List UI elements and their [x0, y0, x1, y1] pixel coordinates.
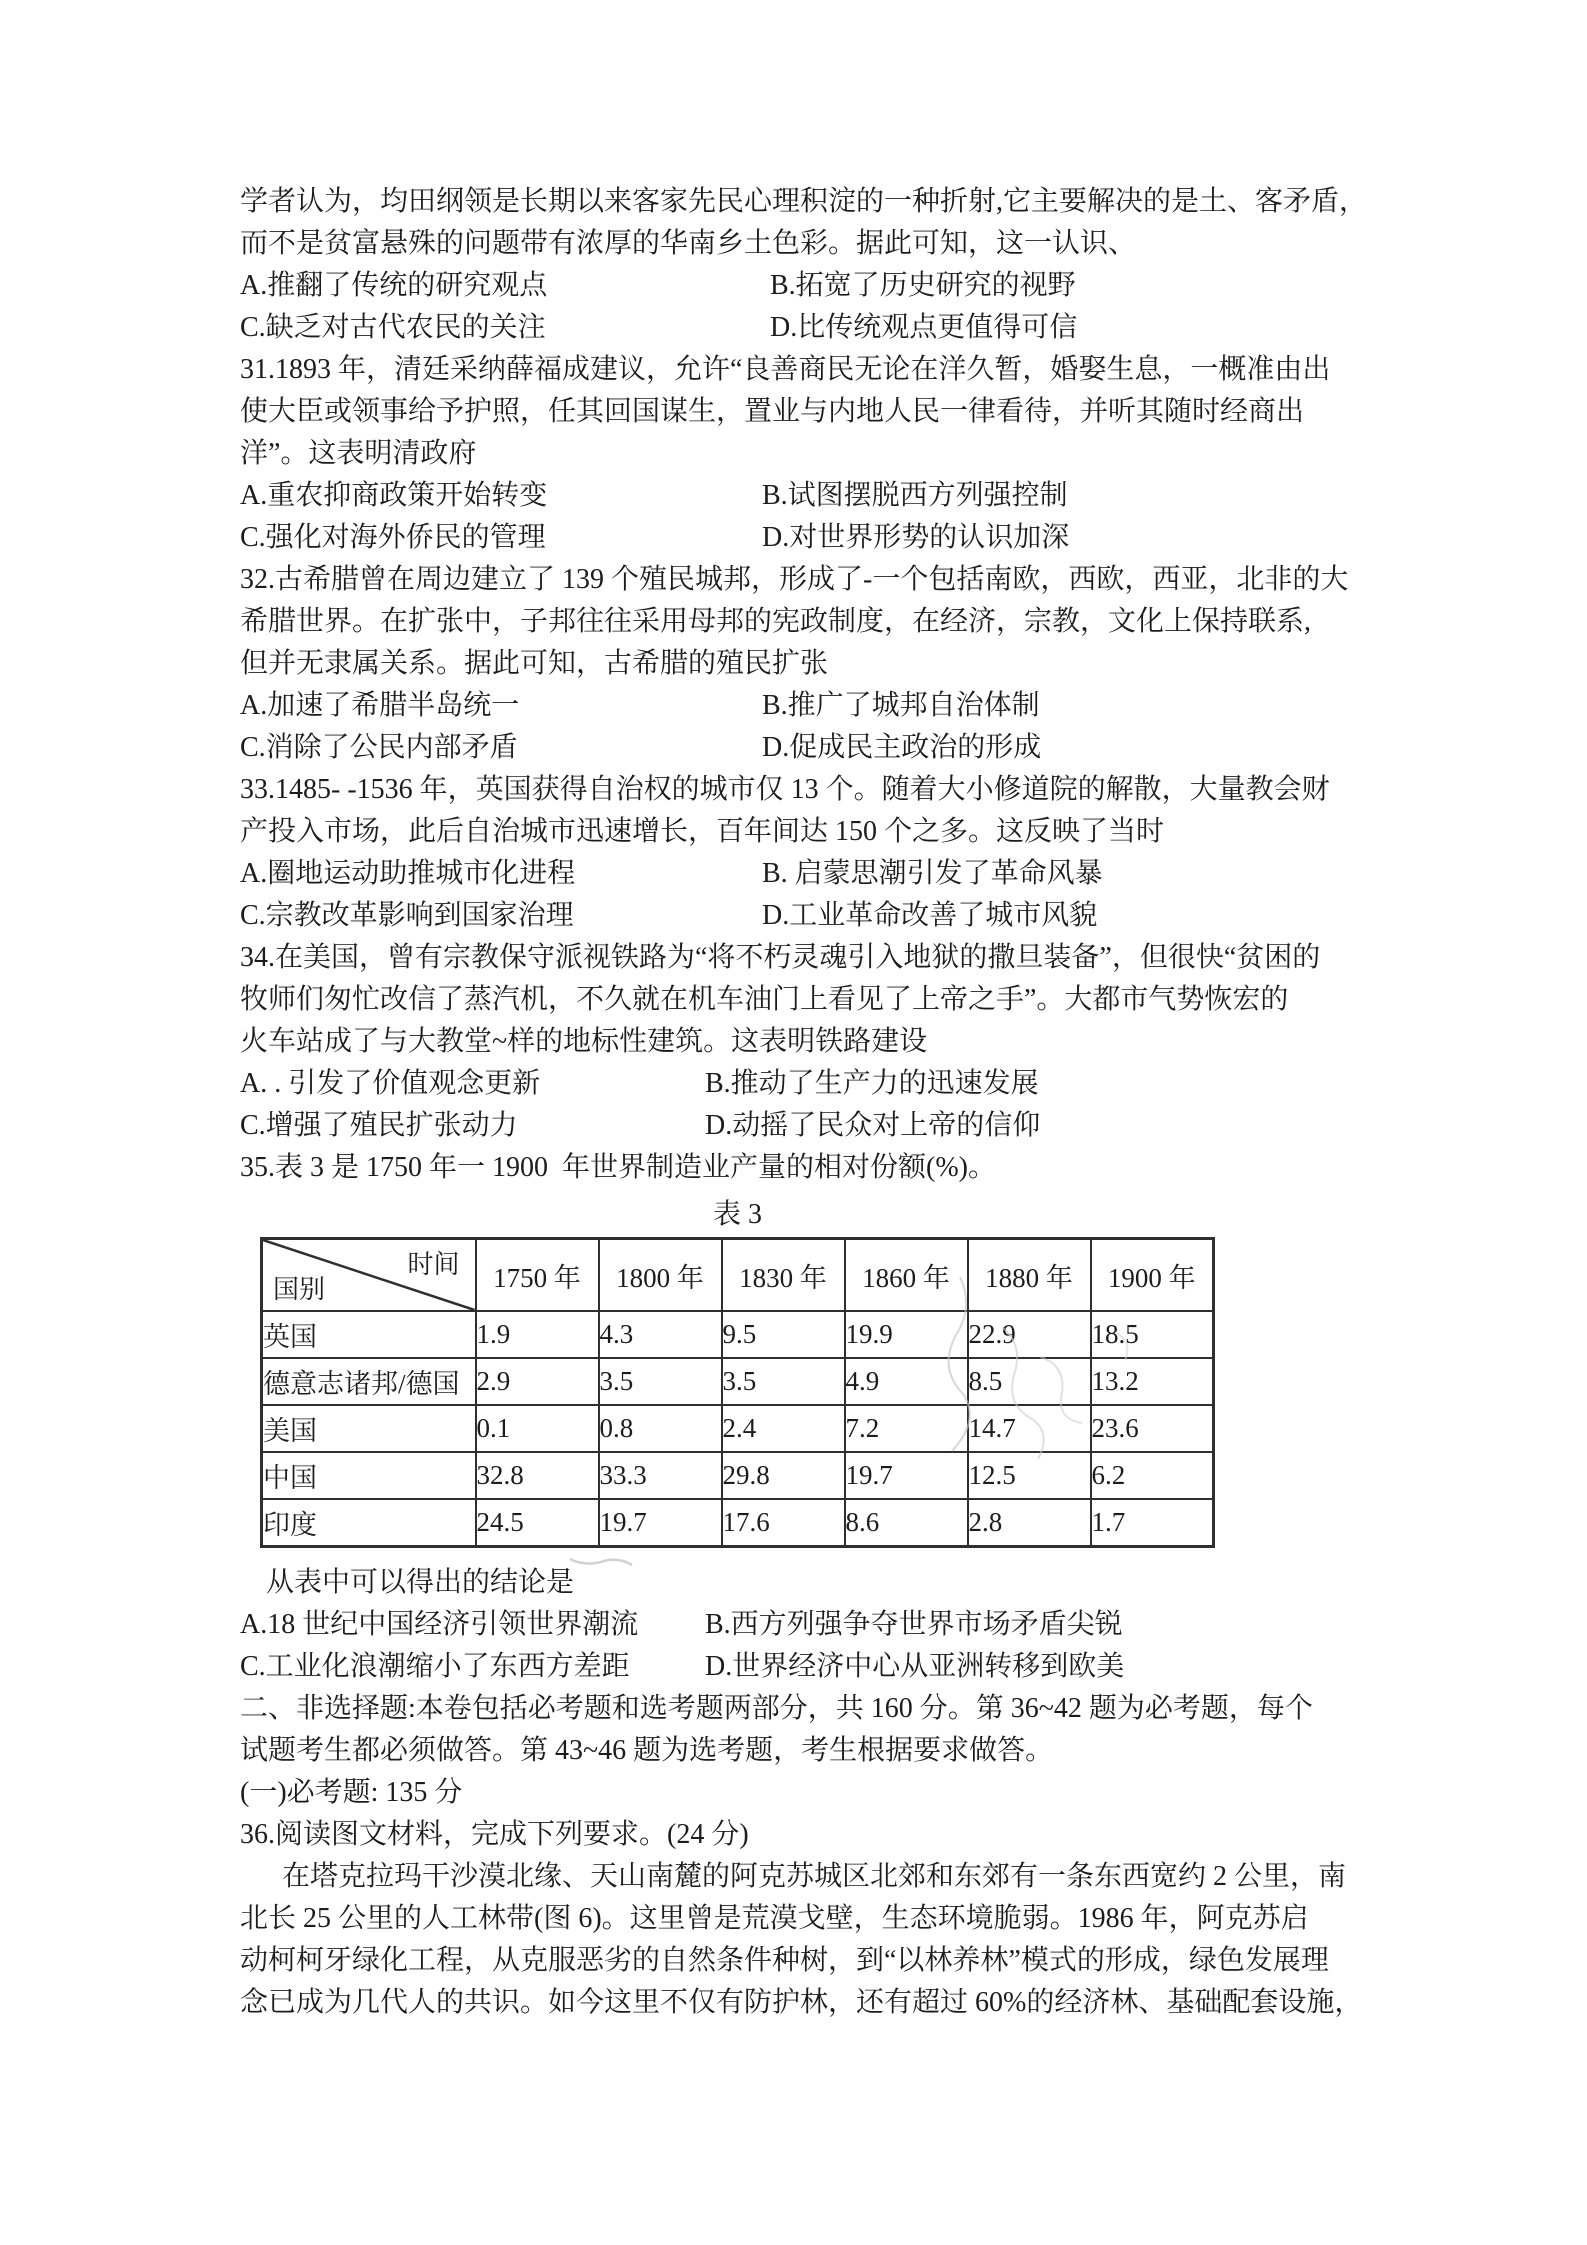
- row-label: 美国: [262, 1405, 476, 1452]
- q30-options-ab: A.推翻了传统的研究观点B.拓宽了历史研究的视野: [240, 265, 1420, 307]
- q36-stem-line-1: 36.阅读图文材料，完成下列要求。(24 分): [240, 1814, 1420, 1856]
- table-cell: 22.9: [968, 1311, 1091, 1358]
- q35-option-c: C.工业化浪潮缩小了东西方差距: [240, 1651, 630, 1682]
- table-cell: 1.9: [476, 1311, 599, 1358]
- q31-option-a: A.重农抑商政策开始转变: [240, 480, 547, 511]
- table-cell: 4.9: [845, 1358, 968, 1405]
- table-cell: 23.6: [1091, 1405, 1214, 1452]
- table-cell: 6.2: [1091, 1452, 1214, 1499]
- q30-option-a: A.推翻了传统的研究观点: [240, 270, 547, 301]
- q35-options-cd: C.工业化浪潮缩小了东西方差距D.世界经济中心从亚洲转移到欧美: [240, 1646, 1420, 1688]
- q30-stem-line-2: 而不是贫富悬殊的问题带有浓厚的华南乡土色彩。据此可知，这一认识、: [240, 223, 1420, 265]
- q36-paragraph-line-4: 念已成为几代人的共识。如今这里不仅有防护林，还有超过 60%的经济林、基础配套设…: [240, 1982, 1420, 2024]
- table-cell: 17.6: [722, 1499, 845, 1546]
- section2-heading-line-2: 试题考生都必须做答。第 43~46 题为选考题，考生根据要求做答。: [240, 1730, 1420, 1772]
- q33-stem-line-2: 产投入市场，此后自治城市迅速增长，百年间达 150 个之多。这反映了当时: [240, 811, 1420, 853]
- row-label: 英国: [262, 1311, 476, 1358]
- q36-paragraph-line-2: 北长 25 公里的人工林带(图 6)。这里曾是荒漠戈壁，生态环境脆弱。1986 …: [240, 1898, 1420, 1940]
- q32-option-a: A.加速了希腊半岛统一: [240, 690, 519, 721]
- q34-option-a: A. . 引发了价值观念更新: [240, 1068, 540, 1099]
- q34-options-cd: C.增强了殖民扩张动力D.动摇了民众对上帝的信仰: [240, 1105, 1420, 1147]
- q30-options-cd: C.缺乏对古代农民的关注D.比传统观点更值得可信: [240, 307, 1420, 349]
- table-cell: 7.2: [845, 1405, 968, 1452]
- corner-label-time: 时间: [407, 1244, 459, 1281]
- exam-page: 学者认为，均田纲领是长期以来客家先民心理积淀的一种折射,它主要解决的是土、客矛盾…: [0, 0, 1587, 2245]
- corner-label-country: 国别: [273, 1269, 325, 1306]
- table-cell: 1.7: [1091, 1499, 1214, 1546]
- table-cell: 19.7: [599, 1499, 722, 1546]
- q35-option-b: B.西方列强争夺世界市场矛盾尖锐: [705, 1604, 1123, 1646]
- table3-corner-cell: 时间 国别: [262, 1239, 476, 1312]
- table3-col-1880: 1880 年: [968, 1239, 1091, 1312]
- q35-stem-line-1: 35.表 3 是 1750 年一 1900 年世界制造业产量的相对份额(%)。: [240, 1147, 1420, 1189]
- q33-options-cd: C.宗教改革影响到国家治理D.工业革命改善了城市风貌: [240, 895, 1420, 937]
- q34-stem-line-3: 火车站成了与大教堂~样的地标性建筑。这表明铁路建设: [240, 1021, 1420, 1063]
- row-label: 印度: [262, 1499, 476, 1546]
- table3-wrap: 时间 国别 1750 年 1800 年 1830 年 1860 年 1880 年…: [240, 1237, 1215, 1548]
- q34-option-b: B.推动了生产力的迅速发展: [705, 1063, 1039, 1105]
- table3-row-germany: 德意志诸邦/德国 2.9 3.5 3.5 4.9 8.5 13.2: [262, 1358, 1214, 1405]
- row-label: 中国: [262, 1452, 476, 1499]
- table-cell: 8.6: [845, 1499, 968, 1546]
- table-cell: 24.5: [476, 1499, 599, 1546]
- row-label: 德意志诸邦/德国: [262, 1358, 476, 1405]
- table-cell: 0.1: [476, 1405, 599, 1452]
- q33-stem-line-1: 33.1485- -1536 年，英国获得自治权的城市仅 13 个。随着大小修道…: [240, 769, 1420, 811]
- q35-options-ab: A.18 世纪中国经济引领世界潮流B.西方列强争夺世界市场矛盾尖锐: [240, 1604, 1420, 1646]
- table-cell: 2.8: [968, 1499, 1091, 1546]
- q31-option-b: B.试图摆脱西方列强控制: [762, 475, 1068, 517]
- table-cell: 14.7: [968, 1405, 1091, 1452]
- q34-stem-line-1: 34.在美国，曾有宗教保守派视铁路为“将不朽灵魂引入地狱的撒旦装备”，但很快“贫…: [240, 937, 1420, 979]
- table3-row-usa: 美国 0.1 0.8 2.4 7.2 14.7 23.6: [262, 1405, 1214, 1452]
- q31-option-c: C.强化对海外侨民的管理: [240, 522, 546, 553]
- q33-options-ab: A.圈地运动助推城市化进程B. 启蒙思潮引发了革命风暴: [240, 853, 1420, 895]
- q31-stem-line-2: 使大臣或领事给予护照，任其回国谋生，置业与内地人民一律看待，并听其随时经商出: [240, 391, 1420, 433]
- section2-heading-line-1: 二、非选择题:本卷包括必考题和选考题两部分，共 160 分。第 36~42 题为…: [240, 1688, 1420, 1730]
- q31-options-cd: C.强化对海外侨民的管理D.对世界形势的认识加深: [240, 517, 1420, 559]
- q35-option-d: D.世界经济中心从亚洲转移到欧美: [705, 1646, 1124, 1688]
- table-cell: 33.3: [599, 1452, 722, 1499]
- table-cell: 19.7: [845, 1452, 968, 1499]
- table-cell: 3.5: [599, 1358, 722, 1405]
- q32-options-cd: C.消除了公民内部矛盾D.促成民主政治的形成: [240, 727, 1420, 769]
- table-cell: 12.5: [968, 1452, 1091, 1499]
- table-cell: 3.5: [722, 1358, 845, 1405]
- q33-option-a: A.圈地运动助推城市化进程: [240, 858, 575, 889]
- q31-option-d: D.对世界形势的认识加深: [762, 517, 1069, 559]
- section2-required-heading: (一)必考题: 135 分: [240, 1772, 1420, 1814]
- q36-paragraph-line-1: 在塔克拉玛干沙漠北缘、天山南麓的阿克苏城区北郊和东郊有一条东西宽约 2 公里，南: [240, 1856, 1420, 1898]
- q33-option-c: C.宗教改革影响到国家治理: [240, 900, 574, 931]
- table3-row-india: 印度 24.5 19.7 17.6 8.6 2.8 1.7: [262, 1499, 1214, 1546]
- q35-lead-line: 从表中可以得出的结论是: [240, 1562, 1420, 1604]
- q32-stem-line-1: 32.古希腊曾在周边建立了 139 个殖民城邦，形成了-一个包括南欧，西欧，西亚…: [240, 559, 1420, 601]
- q31-stem-line-3: 洋”。这表明清政府: [240, 433, 1420, 475]
- table3-col-1900: 1900 年: [1091, 1239, 1214, 1312]
- table3-row-uk: 英国 1.9 4.3 9.5 19.9 22.9 18.5: [262, 1311, 1214, 1358]
- q33-option-d: D.工业革命改善了城市风貌: [762, 895, 1097, 937]
- table3-header-row: 时间 国别 1750 年 1800 年 1830 年 1860 年 1880 年…: [262, 1239, 1214, 1312]
- table3-col-1830: 1830 年: [722, 1239, 845, 1312]
- q32-option-b: B.推广了城邦自治体制: [762, 685, 1040, 727]
- q31-stem-line-1: 31.1893 年，清廷采纳薛福成建议，允许“良善商民无论在洋久暂，婚娶生息，一…: [240, 349, 1420, 391]
- q32-options-ab: A.加速了希腊半岛统一B.推广了城邦自治体制: [240, 685, 1420, 727]
- table-cell: 19.9: [845, 1311, 968, 1358]
- q31-options-ab: A.重农抑商政策开始转变B.试图摆脱西方列强控制: [240, 475, 1420, 517]
- table-cell: 8.5: [968, 1358, 1091, 1405]
- q30-option-c: C.缺乏对古代农民的关注: [240, 312, 546, 343]
- table3-col-1800: 1800 年: [599, 1239, 722, 1312]
- table3-col-1750: 1750 年: [476, 1239, 599, 1312]
- table-cell: 13.2: [1091, 1358, 1214, 1405]
- table-cell: 2.9: [476, 1358, 599, 1405]
- q32-stem-line-3: 但并无隶属关系。据此可知，古希腊的殖民扩张: [240, 643, 1420, 685]
- q32-stem-line-2: 希腊世界。在扩张中，子邦往往采用母邦的宪政制度，在经济，宗教，文化上保持联系,: [240, 601, 1420, 643]
- q30-option-b: B.拓宽了历史研究的视野: [770, 265, 1076, 307]
- table-cell: 32.8: [476, 1452, 599, 1499]
- exam-content: 学者认为，均田纲领是长期以来客家先民心理积淀的一种折射,它主要解决的是土、客矛盾…: [240, 181, 1420, 2024]
- q34-options-ab: A. . 引发了价值观念更新B.推动了生产力的迅速发展: [240, 1063, 1420, 1105]
- q36-paragraph-line-3: 动柯柯牙绿化工程，从克服恶劣的自然条件种树，到“以林养林”模式的形成，绿色发展理: [240, 1940, 1420, 1982]
- q32-option-c: C.消除了公民内部矛盾: [240, 732, 518, 763]
- table3: 时间 国别 1750 年 1800 年 1830 年 1860 年 1880 年…: [260, 1237, 1215, 1548]
- q34-stem-line-2: 牧师们匆忙改信了蒸汽机，不久就在机车油门上看见了上帝之手”。大都市气势恢宏的: [240, 979, 1420, 1021]
- q30-stem-line-1: 学者认为，均田纲领是长期以来客家先民心理积淀的一种折射,它主要解决的是土、客矛盾…: [240, 181, 1420, 223]
- q33-option-b: B. 启蒙思潮引发了革命风暴: [762, 853, 1103, 895]
- table-cell: 4.3: [599, 1311, 722, 1358]
- table-cell: 18.5: [1091, 1311, 1214, 1358]
- table3-col-1860: 1860 年: [845, 1239, 968, 1312]
- q32-option-d: D.促成民主政治的形成: [762, 727, 1041, 769]
- table-cell: 29.8: [722, 1452, 845, 1499]
- q34-option-d: D.动摇了民众对上帝的信仰: [705, 1105, 1040, 1147]
- table-cell: 9.5: [722, 1311, 845, 1358]
- table3-row-china: 中国 32.8 33.3 29.8 19.7 12.5 6.2: [262, 1452, 1214, 1499]
- table-cell: 2.4: [722, 1405, 845, 1452]
- q35-option-a: A.18 世纪中国经济引领世界潮流: [240, 1609, 638, 1640]
- table-cell: 0.8: [599, 1405, 722, 1452]
- q30-option-d: D.比传统观点更值得可信: [770, 307, 1077, 349]
- table3-title: 表 3: [260, 1197, 1215, 1233]
- q34-option-c: C.增强了殖民扩张动力: [240, 1110, 518, 1141]
